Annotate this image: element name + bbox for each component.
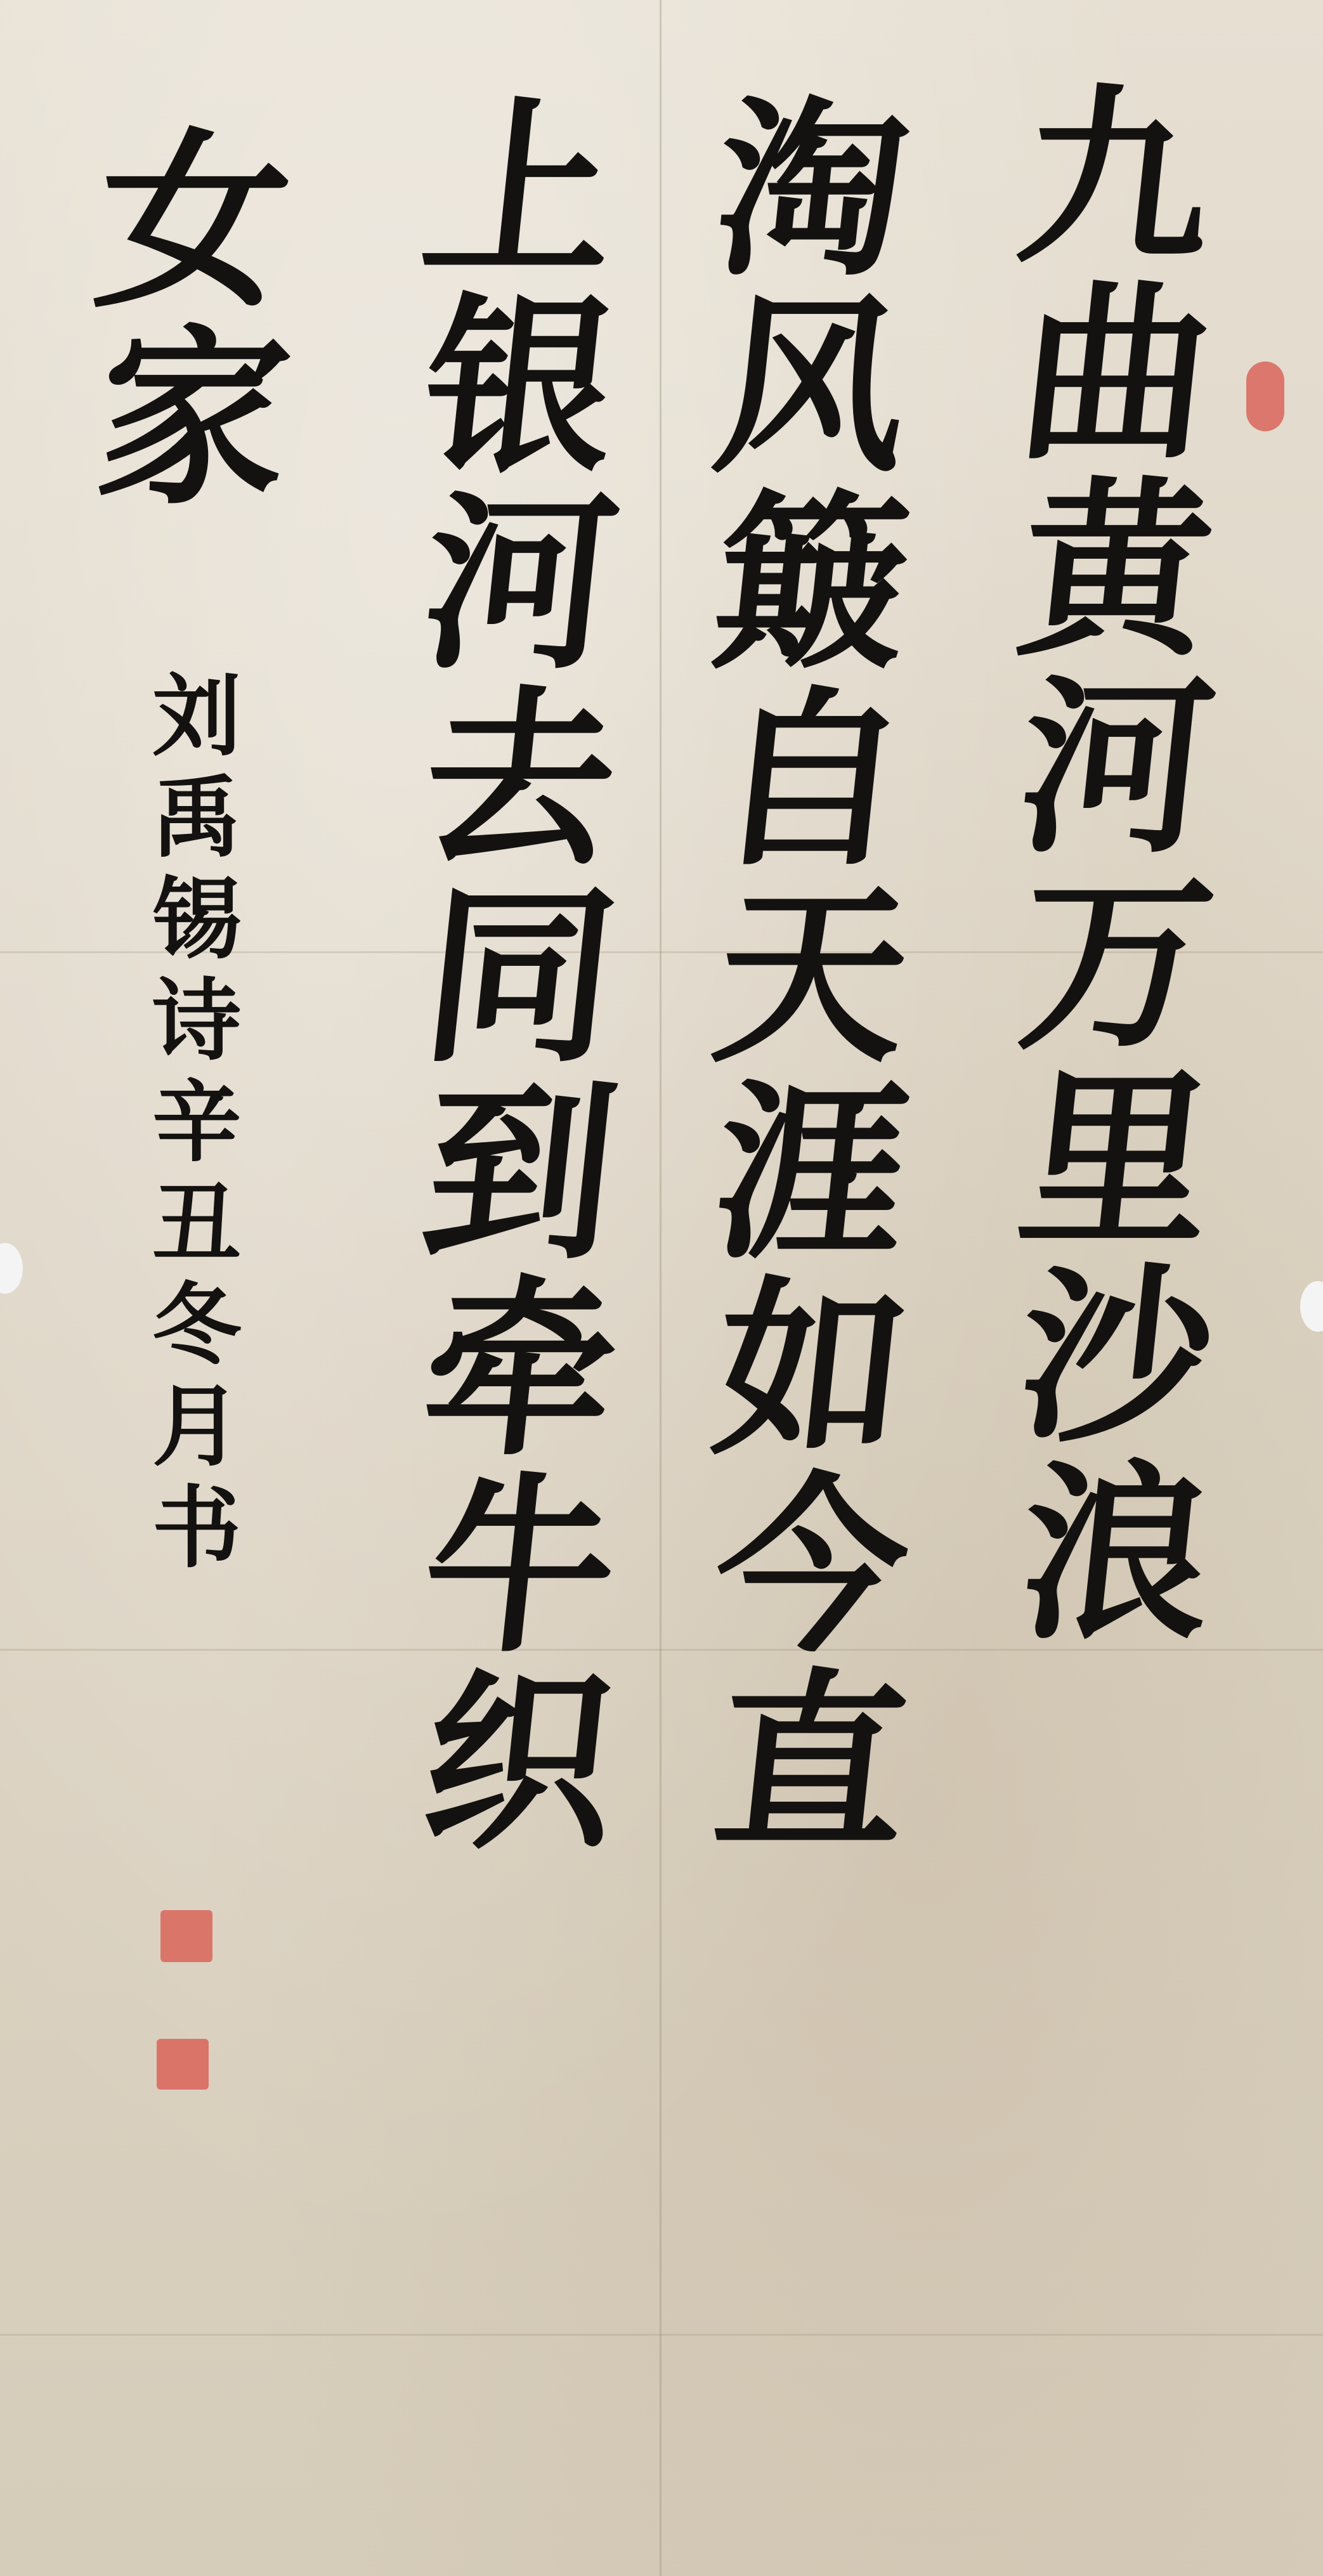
top-right-oval-seal bbox=[1246, 361, 1284, 431]
paper-fold bbox=[0, 2334, 1323, 2336]
poem-column-2: 淘风 簸自 天涯 如今 直 bbox=[685, 95, 939, 1864]
mount-hole bbox=[0, 1243, 23, 1294]
calligraphy-scroll: 九曲 黄河 万里 沙浪 淘风 簸自 天涯 如今 直 上银 河去 同到 牵牛 织 … bbox=[0, 0, 1323, 2576]
poem-column-3: 上银 河去 同到 牵牛 织 bbox=[393, 95, 647, 1864]
inscription-signature: 刘禹 锡诗 辛丑 冬月 书 bbox=[114, 672, 279, 1585]
poem-column-4: 女家 bbox=[82, 127, 304, 520]
signature-seal-2 bbox=[157, 2039, 209, 2090]
poem-column-1: 九曲 黄河 万里 沙浪 bbox=[989, 82, 1243, 1655]
paper-fold bbox=[660, 0, 661, 2576]
signature-seal-1 bbox=[160, 1910, 212, 1962]
mount-hole bbox=[1300, 1281, 1323, 1332]
